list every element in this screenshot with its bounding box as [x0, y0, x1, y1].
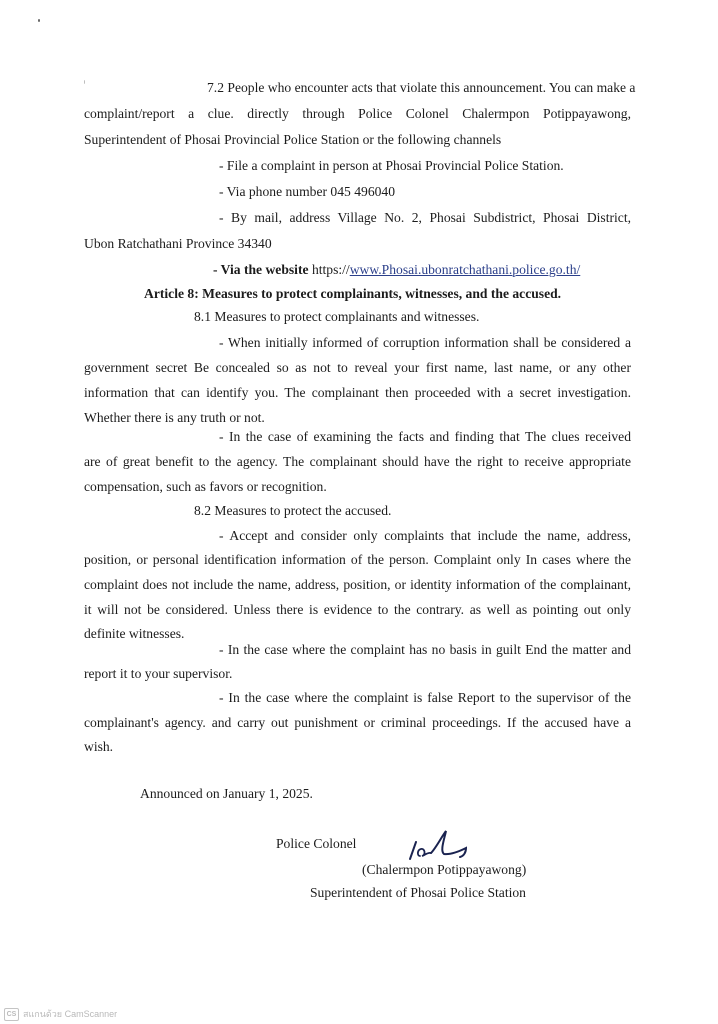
section-8-2-heading: 8.2 Measures to protect the accused. [194, 501, 631, 521]
scanned-document-page: 7.2 People who encounter acts that viola… [0, 0, 718, 1024]
watermark-text: สแกนด้วย CamScanner [23, 1007, 117, 1021]
website-link[interactable]: www.Phosai.ubonratchathani.police.go.th/ [350, 262, 581, 277]
camscanner-logo-icon: CS [4, 1008, 19, 1021]
section-8-1-item-2-line-1: - In the case of examining the facts and… [219, 427, 631, 447]
section-8-2-item-2-line-1: - In the case where the complaint has no… [219, 640, 631, 660]
section-8-1-heading: 8.1 Measures to protect complainants and… [194, 307, 631, 327]
section-8-2-item-1-line-4: it will not be considered. Unless there … [84, 600, 631, 620]
section-8-1-item-1-line-2: government secret Be concealed so as not… [84, 358, 631, 378]
section-8-2-item-3-line-1: - In the case where the complaint is fal… [219, 688, 631, 708]
section-8-2-item-1-line-2: position, or personal identification inf… [84, 550, 631, 570]
channel-mail-line-2: Ubon Ratchathani Province 34340 [84, 234, 631, 254]
paragraph-7-2-line-3: Superintendent of Phosai Provincial Poli… [84, 130, 631, 150]
camscanner-watermark: CS สแกนด้วย CamScanner [4, 1007, 117, 1021]
website-prefix: - Via the website [213, 262, 309, 277]
signer-title: Superintendent of Phosai Police Station [310, 883, 630, 903]
article-8-heading: Article 8: Measures to protect complaina… [144, 284, 631, 304]
section-8-2-item-2-line-2: report it to your supervisor. [84, 664, 631, 684]
section-8-2-item-3-line-3: wish. [84, 737, 631, 757]
section-8-1-item-1-line-1: - When initially informed of corruption … [219, 333, 631, 353]
announcement-date: Announced on January 1, 2025. [140, 784, 440, 804]
section-8-1-item-1-line-4: Whether there is any truth or not. [84, 408, 631, 428]
scan-speck [38, 19, 40, 22]
signer-rank: Police Colonel [276, 834, 396, 854]
section-8-1-item-2-line-3: compensation, such as favors or recognit… [84, 477, 631, 497]
section-8-2-item-3-line-2: complainant's agency. and carry out puni… [84, 713, 631, 733]
section-8-2-item-1-line-1: - Accept and consider only complaints th… [219, 526, 631, 546]
section-8-1-item-2-line-2: are of great benefit to the agency. The … [84, 452, 631, 472]
channel-phone: - Via phone number 045 496040 [219, 182, 631, 202]
paragraph-7-2-line-1: 7.2 People who encounter acts that viola… [84, 78, 631, 98]
section-8-1-item-1-line-3: information that can identify you. The c… [84, 383, 631, 403]
section-8-2-item-1-line-3: complaint does not include the name, add… [84, 575, 631, 595]
channel-website: - Via the website https://www.Phosai.ubo… [213, 260, 631, 280]
paragraph-7-2-line-2: complaint/report a clue. directly throug… [84, 104, 631, 124]
website-scheme: https:// [312, 262, 350, 277]
channel-mail-line-1: - By mail, address Village No. 2, Phosai… [219, 208, 631, 228]
signer-name: (Chalermpon Potippayawong) [362, 860, 622, 880]
channel-in-person: - File a complaint in person at Phosai P… [219, 156, 631, 176]
